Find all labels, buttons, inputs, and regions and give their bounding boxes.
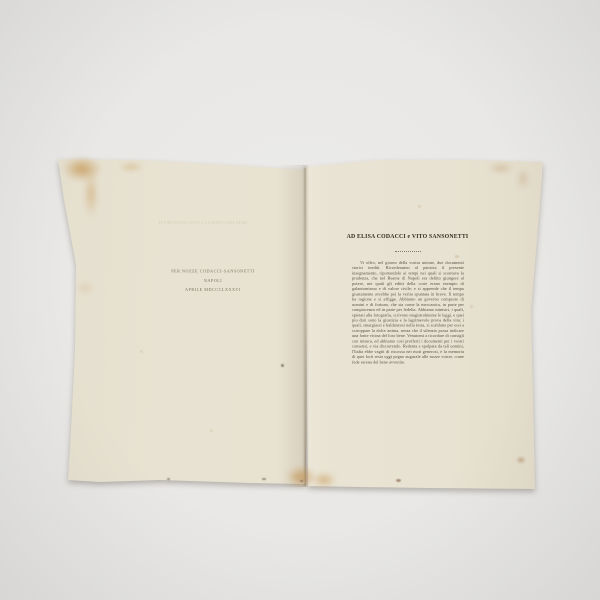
imprint-block: PER NOZZE CODACCI-SANSONETTI NAPOLI APRI…	[163, 269, 263, 292]
imprint-line-city: NAPOLI	[163, 278, 263, 283]
imprint-line-occasion: PER NOZZE CODACCI-SANSONETTI	[163, 269, 263, 274]
gutter-fold-line	[304, 168, 306, 486]
dedication-body: Vi offro, nel giorno della vostra unione…	[352, 260, 464, 365]
dedication-heading: AD ELISA CODACCI e VITO SANSONETTI	[345, 233, 470, 240]
imprint-line-date: APRILE MDCCCLXXXVI	[163, 288, 263, 293]
dotted-rule	[395, 251, 421, 252]
open-bifolium	[0, 0, 600, 600]
show-through-text: AD ELISA CODACCI e VITO SANSONETTI	[150, 220, 256, 225]
show-through-line: AD ELISA CODACCI e VITO SANSONETTI	[158, 220, 247, 225]
document-photo: AD ELISA CODACCI e VITO SANSONETTI PER N…	[0, 0, 600, 600]
